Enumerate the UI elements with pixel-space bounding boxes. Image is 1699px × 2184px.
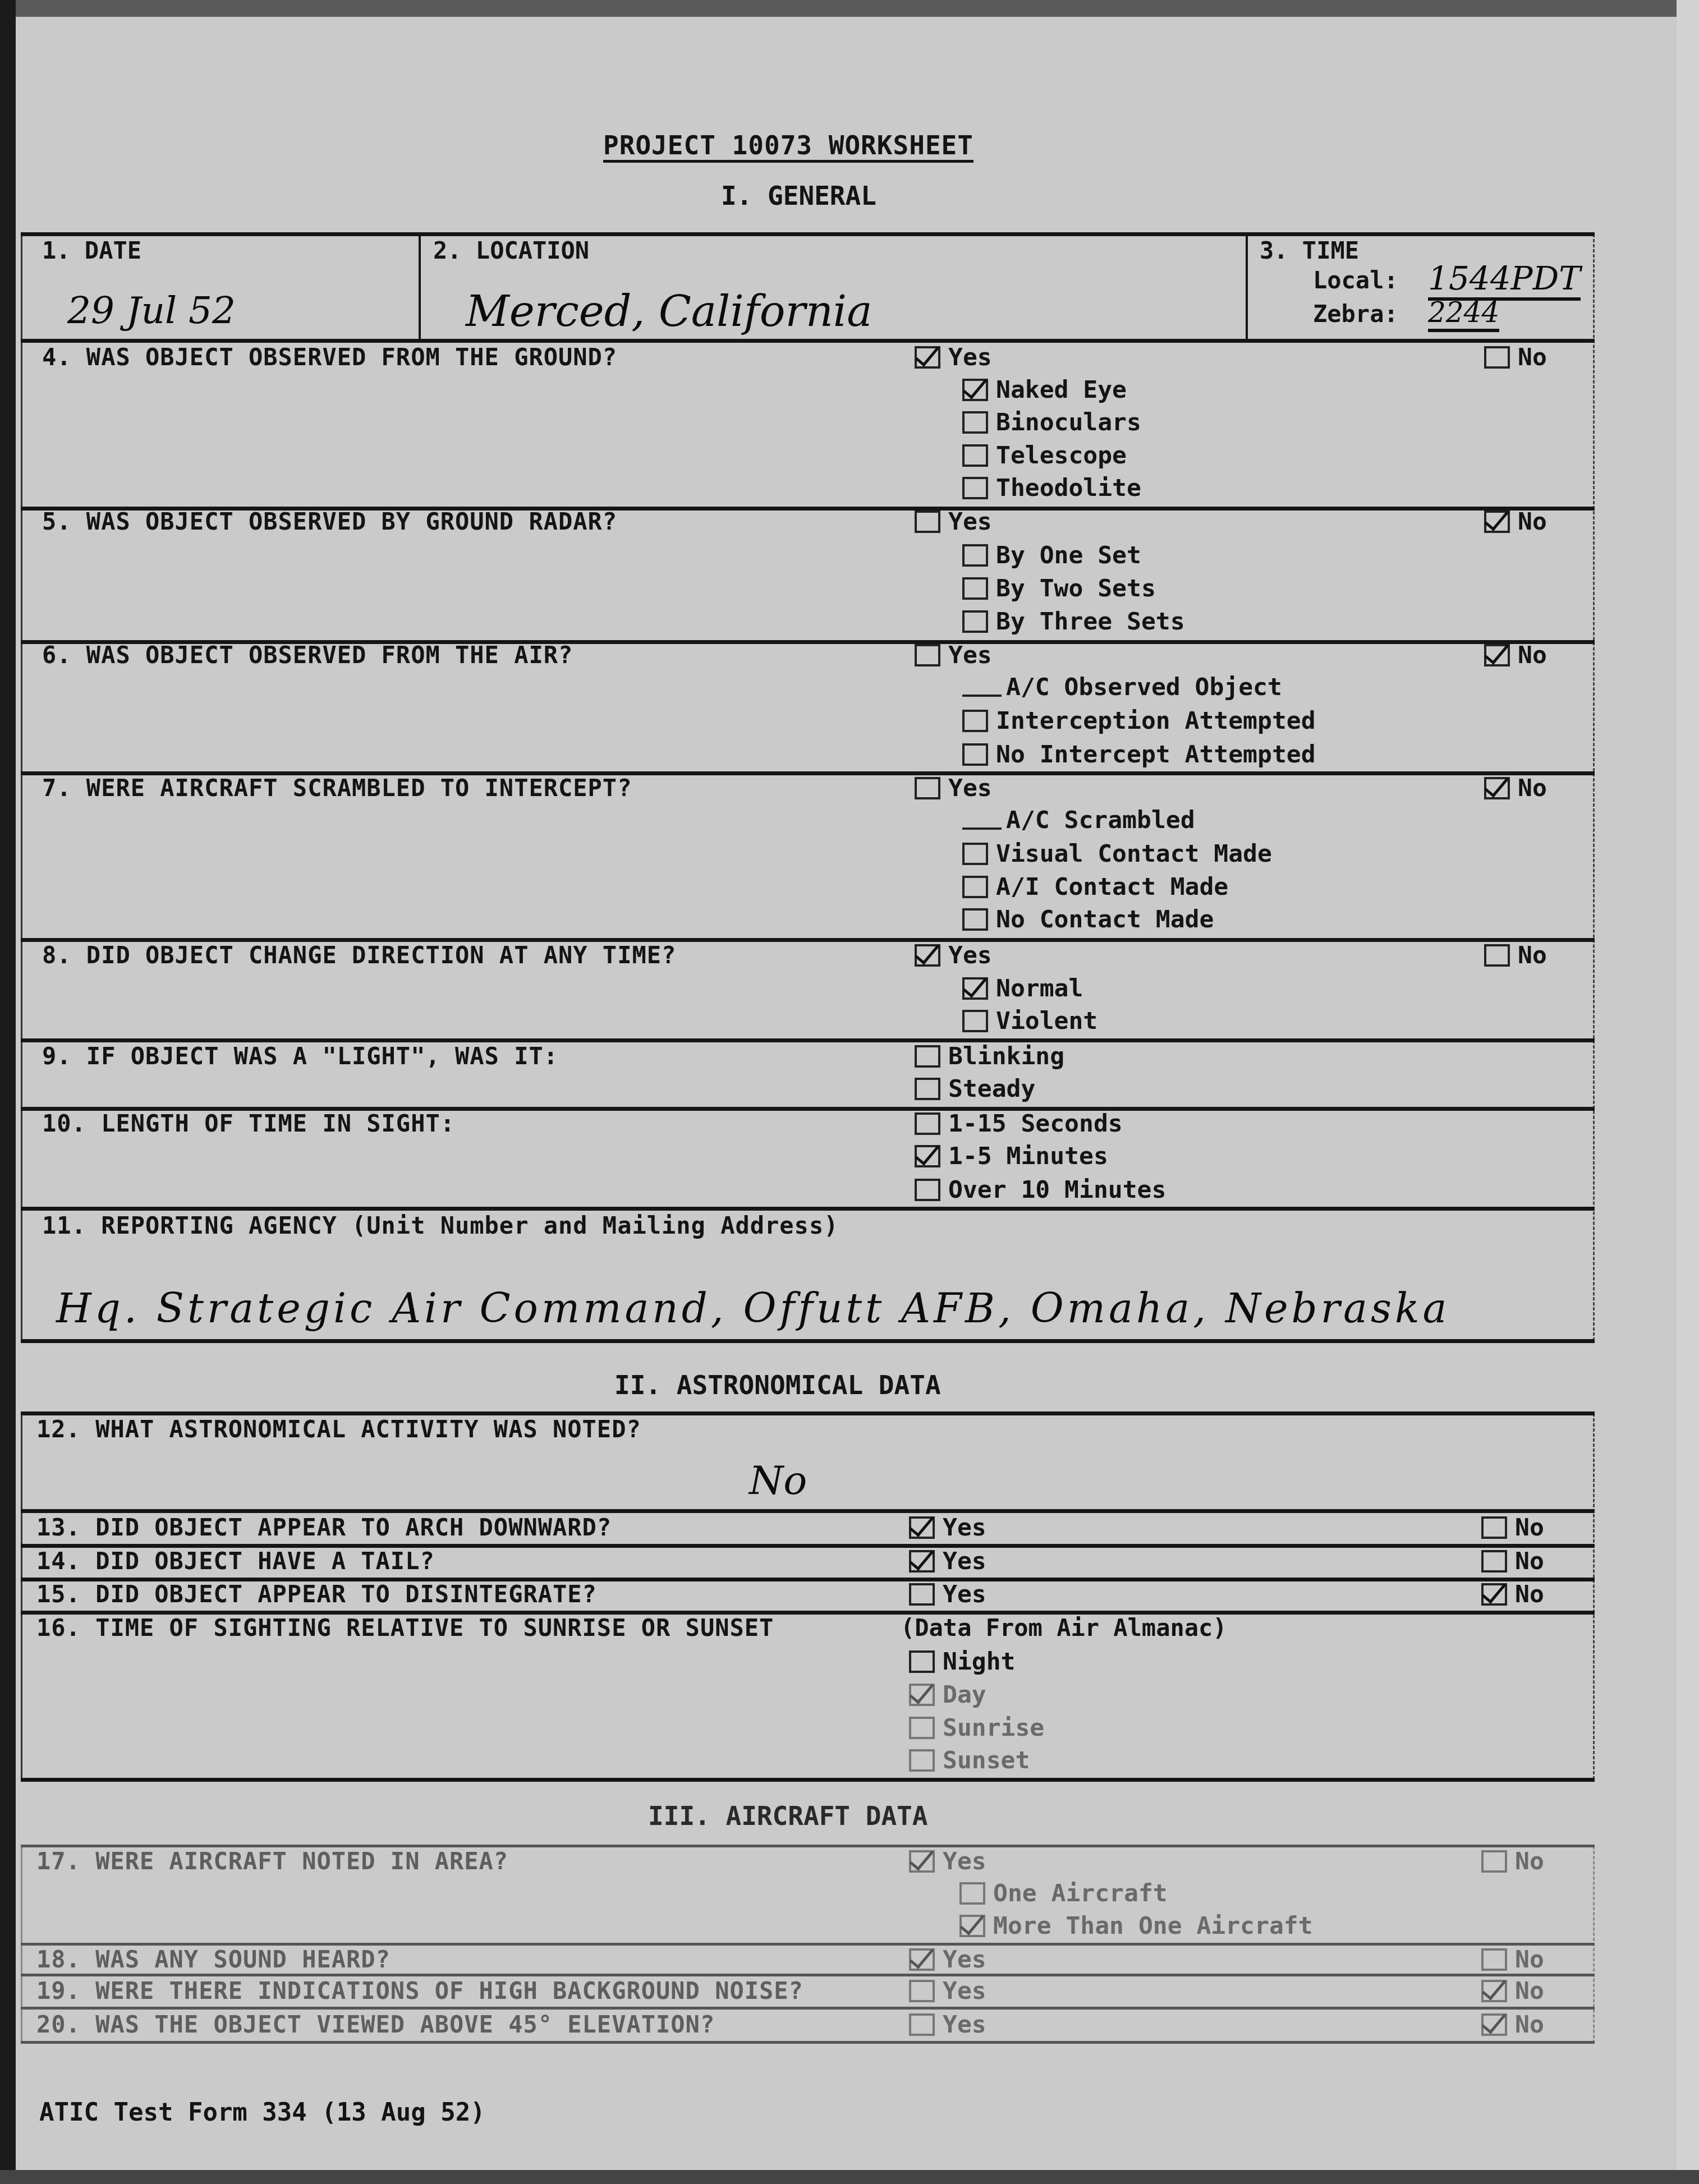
local-time-value[interactable]: 1544PDT: [1428, 259, 1581, 301]
checkbox-icon: [909, 2013, 935, 2036]
q10-option-1-5-minutes[interactable]: 1-5 Minutes: [915, 1142, 1108, 1170]
checkbox-icon: [1481, 1550, 1507, 1573]
question-5: 5. WAS OBJECT OBSERVED BY GROUND RADAR?: [42, 508, 617, 535]
checkbox-icon: [962, 743, 988, 766]
question-9: 9. IF OBJECT WAS A "LIGHT", WAS IT:: [42, 1042, 558, 1070]
divider: [21, 1038, 1595, 1042]
checkbox-icon: [909, 1980, 935, 2002]
form-identifier: ATIC Test Form 334 (13 Aug 52): [39, 2098, 485, 2127]
checkbox-icon: [915, 644, 940, 666]
q6-option-no-intercept[interactable]: No Intercept Attempted: [962, 741, 1316, 769]
zebra-time-label: Zebra:: [1313, 300, 1398, 328]
question-18: 18. WAS ANY SOUND HEARD?: [36, 1946, 391, 1973]
checkbox-icon: [915, 944, 940, 967]
checkbox-icon: [962, 908, 988, 931]
blank-line: [962, 811, 1002, 830]
date-label: 1. DATE: [42, 237, 141, 264]
checkbox-icon: [915, 511, 940, 533]
question-4: 4. WAS OBJECT OBSERVED FROM THE GROUND?: [42, 343, 617, 371]
q6-ac-observed-blank[interactable]: A/C Observed Object: [962, 673, 1282, 701]
checkbox-icon: [909, 1749, 935, 1772]
q16-option-sunset[interactable]: Sunset: [909, 1746, 1030, 1774]
q14-yes-checkbox[interactable]: Yes: [909, 1547, 986, 1575]
checkbox-icon: [909, 1516, 935, 1539]
q9-option-steady[interactable]: Steady: [915, 1075, 1035, 1103]
q13-yes-checkbox[interactable]: Yes: [909, 1514, 986, 1542]
checkbox-icon: [915, 777, 940, 799]
checkbox-icon: [909, 1948, 935, 1971]
q5-yes-checkbox[interactable]: Yes: [915, 508, 992, 536]
question-15: 15. DID OBJECT APPEAR TO DISINTEGRATE?: [36, 1580, 597, 1608]
q16-option-day[interactable]: Day: [909, 1681, 986, 1709]
q4-option-theodolite[interactable]: Theodolite: [962, 474, 1141, 502]
checkbox-icon: [1484, 777, 1510, 799]
q19-yes-checkbox[interactable]: Yes: [909, 1977, 986, 2005]
checkbox-icon: [962, 977, 988, 1000]
blank-line: [962, 678, 1002, 697]
checkbox-icon: [962, 411, 988, 434]
q20-no-checkbox[interactable]: No: [1481, 2011, 1544, 2039]
checkbox-icon: [1481, 1516, 1507, 1539]
checkbox-icon: [959, 1915, 985, 1937]
checkbox-icon: [915, 346, 940, 369]
q7-yes-checkbox[interactable]: Yes: [915, 774, 992, 802]
checkbox-icon: [915, 1145, 940, 1167]
divider: [21, 2041, 1595, 2044]
q7-option-ai-contact[interactable]: A/I Contact Made: [962, 873, 1228, 901]
question-19: 19. WERE THERE INDICATIONS OF HIGH BACKG…: [36, 1977, 803, 2004]
divider: [21, 1411, 1595, 1415]
question-17: 17. WERE AIRCRAFT NOTED IN AREA?: [36, 1847, 508, 1875]
q4-option-binoculars[interactable]: Binoculars: [962, 408, 1141, 436]
q8-yes-checkbox[interactable]: Yes: [915, 941, 992, 969]
section-aircraft-title: III. AIRCRAFT DATA: [648, 1801, 928, 1831]
question-7: 7. WERE AIRCRAFT SCRAMBLED TO INTERCEPT?: [42, 774, 632, 802]
q17-no-checkbox[interactable]: No: [1481, 1847, 1544, 1875]
divider: [21, 1509, 1595, 1513]
checkbox-icon: [915, 1078, 940, 1100]
checkbox-icon: [1484, 511, 1510, 533]
section-astronomical-title: II. ASTRONOMICAL DATA: [614, 1370, 941, 1400]
checkbox-icon: [909, 1850, 935, 1873]
q6-yes-checkbox[interactable]: Yes: [915, 641, 992, 669]
q4-option-telescope[interactable]: Telescope: [962, 442, 1127, 470]
checkbox-icon: [962, 1010, 988, 1032]
checkbox-icon: [959, 1882, 985, 1905]
q15-yes-checkbox[interactable]: Yes: [909, 1580, 986, 1608]
section-general-title: I. GENERAL: [721, 181, 876, 211]
question-11: 11. REPORTING AGENCY (Unit Number and Ma…: [42, 1212, 838, 1239]
checkbox-icon: [962, 843, 988, 865]
question-12: 12. WHAT ASTRONOMICAL ACTIVITY WAS NOTED…: [36, 1415, 641, 1443]
worksheet-title: PROJECT 10073 WORKSHEET: [603, 130, 974, 160]
q16-option-night[interactable]: Night: [909, 1648, 1015, 1676]
time-label: 3. TIME: [1260, 237, 1359, 264]
q18-yes-checkbox[interactable]: Yes: [909, 1946, 986, 1974]
question-6: 6. WAS OBJECT OBSERVED FROM THE AIR?: [42, 641, 573, 669]
question-20: 20. WAS THE OBJECT VIEWED ABOVE 45° ELEV…: [36, 2011, 715, 2038]
local-time-label: Local:: [1313, 266, 1398, 294]
q5-option-one-set[interactable]: By One Set: [962, 541, 1141, 569]
q5-no-checkbox[interactable]: No: [1484, 508, 1547, 536]
checkbox-icon: [1481, 1980, 1507, 2002]
reporting-agency-value[interactable]: Hq. Strategic Air Command, Offutt AFB, O…: [56, 1285, 1450, 1332]
location-value[interactable]: Merced, California: [466, 286, 873, 336]
q17-option-more-than-one[interactable]: More Than One Aircraft: [959, 1912, 1313, 1940]
q7-no-checkbox[interactable]: No: [1484, 774, 1547, 802]
q4-no-checkbox[interactable]: No: [1484, 343, 1547, 371]
zebra-time-value[interactable]: 2244: [1428, 296, 1499, 332]
q10-option-1-15-seconds[interactable]: 1-15 Seconds: [915, 1110, 1123, 1138]
checkbox-icon: [1484, 346, 1510, 369]
divider: [21, 2007, 1595, 2010]
checkbox-icon: [962, 710, 988, 732]
scan-right-margin: [1677, 0, 1699, 2184]
question-8: 8. DID OBJECT CHANGE DIRECTION AT ANY TI…: [42, 941, 676, 969]
q6-no-checkbox[interactable]: No: [1484, 641, 1547, 669]
q4-option-naked-eye[interactable]: Naked Eye: [962, 376, 1127, 404]
checkbox-icon: [909, 1684, 935, 1706]
astronomical-activity-value[interactable]: No: [749, 1457, 807, 1503]
checkbox-icon: [962, 876, 988, 898]
q7-option-visual-contact[interactable]: Visual Contact Made: [962, 840, 1272, 868]
checkbox-icon: [962, 477, 988, 499]
divider: [419, 234, 421, 341]
checkbox-icon: [915, 1179, 940, 1201]
scan-left-edge: [0, 0, 16, 2184]
divider: [21, 1339, 1595, 1343]
q16-note: (Data From Air Almanac): [901, 1614, 1227, 1642]
checkbox-icon: [915, 1112, 940, 1135]
divider: [21, 232, 1595, 236]
checkbox-icon: [962, 544, 988, 567]
divider: [21, 1778, 1595, 1782]
checkbox-icon: [909, 1650, 935, 1673]
q10-option-over-10-minutes[interactable]: Over 10 Minutes: [915, 1176, 1166, 1204]
q7-option-no-contact[interactable]: No Contact Made: [962, 905, 1214, 934]
q16-option-sunrise[interactable]: Sunrise: [909, 1714, 1044, 1742]
question-13: 13. DID OBJECT APPEAR TO ARCH DOWNWARD?: [36, 1514, 612, 1541]
q14-no-checkbox[interactable]: No: [1481, 1547, 1544, 1575]
q18-no-checkbox[interactable]: No: [1481, 1946, 1544, 1974]
q20-yes-checkbox[interactable]: Yes: [909, 2011, 986, 2039]
q17-option-one-aircraft[interactable]: One Aircraft: [959, 1879, 1168, 1907]
divider: [1246, 234, 1248, 341]
q5-option-three-sets[interactable]: By Three Sets: [962, 608, 1185, 636]
date-value[interactable]: 29 Jul 52: [67, 289, 236, 332]
q9-option-blinking[interactable]: Blinking: [915, 1042, 1064, 1070]
checkbox-icon: [1484, 644, 1510, 666]
q6-option-interception-attempted[interactable]: Interception Attempted: [962, 707, 1316, 735]
divider: [21, 339, 1595, 343]
checkbox-icon: [915, 1045, 940, 1068]
checkbox-icon: [962, 610, 988, 633]
checkbox-icon: [1484, 944, 1510, 967]
divider: [21, 1207, 1595, 1211]
location-label: 2. LOCATION: [433, 237, 589, 264]
checkbox-icon: [909, 1583, 935, 1606]
q7-ac-scrambled-blank[interactable]: A/C Scrambled: [962, 806, 1195, 834]
scan-top-edge: [0, 0, 1699, 17]
checkbox-icon: [1481, 1948, 1507, 1971]
divider: [21, 1974, 1595, 1976]
q13-no-checkbox[interactable]: No: [1481, 1514, 1544, 1542]
checkbox-icon: [962, 444, 988, 467]
question-16: 16. TIME OF SIGHTING RELATIVE TO SUNRISE…: [36, 1614, 774, 1642]
q8-option-violent[interactable]: Violent: [962, 1007, 1098, 1035]
q19-no-checkbox[interactable]: No: [1481, 1977, 1544, 2005]
q5-option-two-sets[interactable]: By Two Sets: [962, 574, 1156, 603]
q8-option-normal[interactable]: Normal: [962, 974, 1083, 1003]
question-10: 10. LENGTH OF TIME IN SIGHT:: [42, 1110, 455, 1137]
scan-bottom-edge: [0, 2170, 1699, 2184]
checkbox-icon: [962, 577, 988, 600]
checkbox-icon: [1481, 1850, 1507, 1873]
checkbox-icon: [909, 1550, 935, 1573]
q8-no-checkbox[interactable]: No: [1484, 941, 1547, 969]
question-14: 14. DID OBJECT HAVE A TAIL?: [36, 1547, 435, 1575]
checkbox-icon: [962, 379, 988, 401]
q17-yes-checkbox[interactable]: Yes: [909, 1847, 986, 1875]
checkbox-icon: [1481, 1583, 1507, 1606]
checkbox-icon: [1481, 2013, 1507, 2036]
q4-yes-checkbox[interactable]: Yes: [915, 343, 992, 371]
checkbox-icon: [909, 1717, 935, 1739]
q15-no-checkbox[interactable]: No: [1481, 1580, 1544, 1608]
